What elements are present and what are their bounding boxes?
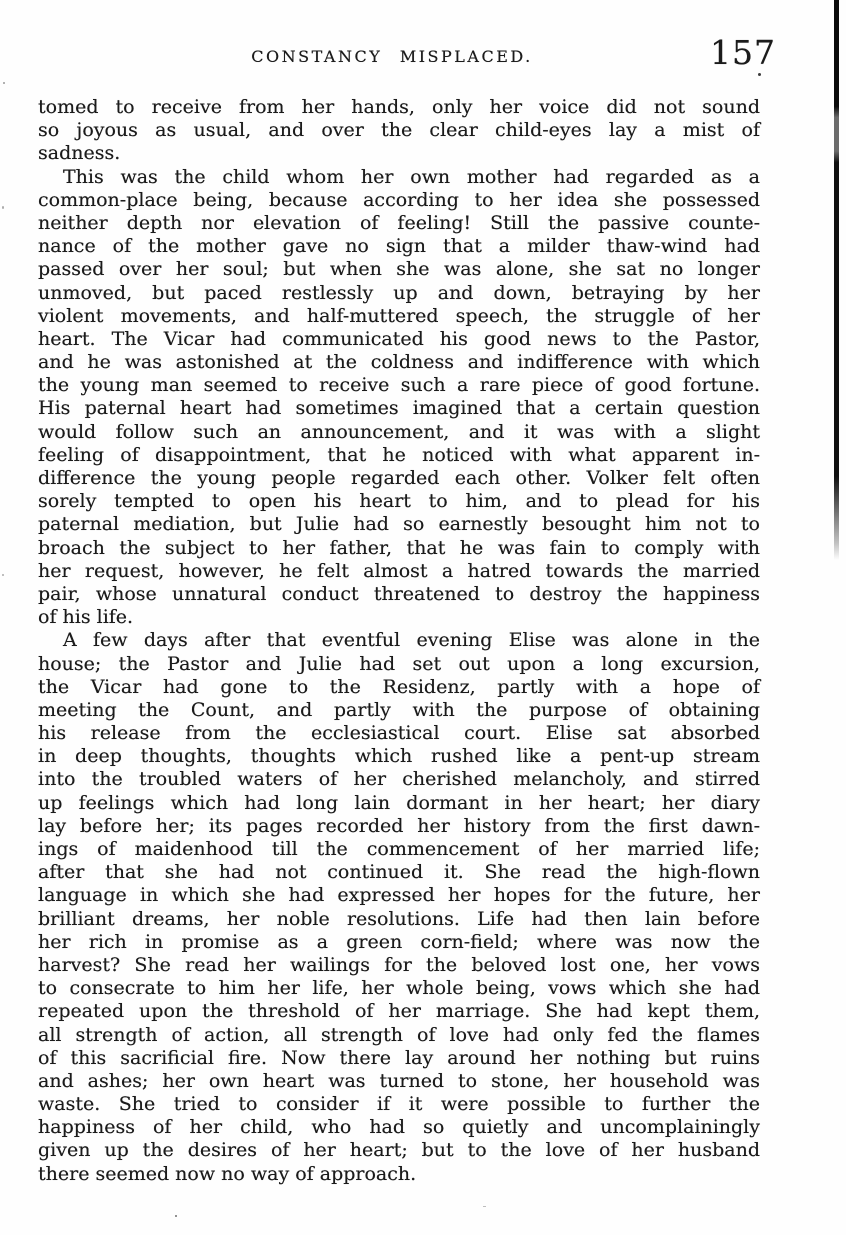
- running-header: CONSTANCY MISPLACED.: [31, 49, 753, 65]
- text-line: feeling of disappointment, that he notic…: [38, 444, 760, 467]
- text-line: her request, however, he felt almost a h…: [38, 560, 760, 583]
- text-line: nance of the mother gave no sign that a …: [38, 235, 760, 258]
- text-line: meeting the Count, and partly with the p…: [38, 699, 760, 722]
- text-line: waste. She tried to consider if it were …: [38, 1093, 760, 1116]
- text-line: language in which she had expressed her …: [38, 884, 760, 907]
- text-line: pair, whose unnatural conduct threatened…: [38, 583, 760, 606]
- text-line: lay before her; its pages recorded her h…: [38, 815, 760, 838]
- text-line: repeated upon the threshold of her marri…: [38, 1000, 760, 1023]
- text-line: sadness.: [38, 142, 760, 165]
- text-line: harvest? She read her wailings for the b…: [38, 954, 760, 977]
- text-line: her rich in promise as a green corn-fiel…: [38, 931, 760, 954]
- text-line: would follow such an announcement, and i…: [38, 421, 760, 444]
- text-line: after that she had not continued it. She…: [38, 861, 760, 884]
- text-line: violent movements, and half-muttered spe…: [38, 305, 760, 328]
- text-line: paternal mediation, but Julie had so ear…: [38, 513, 760, 536]
- text-line: of this sacrificial fire. Now there lay …: [38, 1047, 760, 1070]
- text-line: neither depth nor elevation of feeling! …: [38, 212, 760, 235]
- paragraph: This was the child whom her own mother h…: [38, 166, 760, 630]
- ink-speck: [2, 574, 4, 576]
- text-line: his release from the ecclesiastical cour…: [38, 722, 760, 745]
- text-line: sorely tempted to open his heart to him,…: [38, 490, 760, 513]
- ink-speck: [175, 1215, 177, 1217]
- text-line: up feelings which had long lain dormant …: [38, 792, 760, 815]
- text-line: ings of maidenhood till the commencement…: [38, 838, 760, 861]
- body-text: tomed to receive from her hands, only he…: [38, 96, 760, 1186]
- paragraph: tomed to receive from her hands, only he…: [38, 96, 760, 166]
- scanned-book-page: CONSTANCY MISPLACED. 157 tomed to receiv…: [0, 0, 846, 1235]
- ink-speck: [758, 73, 761, 76]
- text-line: in deep thoughts, thoughts which rushed …: [38, 745, 760, 768]
- text-line: house; the Pastor and Julie had set out …: [38, 653, 760, 676]
- text-line: there seemed now no way of approach.: [38, 1163, 760, 1186]
- text-line: brilliant dreams, her noble resolutions.…: [38, 908, 760, 931]
- paragraph: A few days after that eventful evening E…: [38, 629, 760, 1186]
- text-line: the Vicar had gone to the Residenz, part…: [38, 676, 760, 699]
- scan-edge-bar: [834, 0, 839, 560]
- text-line: heart. The Vicar had communicated his go…: [38, 328, 760, 351]
- ink-speck: [2, 206, 4, 209]
- page-number: 157: [710, 36, 776, 69]
- text-line: all strength of action, all strength of …: [38, 1024, 760, 1047]
- text-line: His paternal heart had sometimes imagine…: [38, 397, 760, 420]
- text-line: into the troubled waters of her cherishe…: [38, 768, 760, 791]
- text-line: happiness of her child, who had so quiet…: [38, 1116, 760, 1139]
- text-line: passed over her soul; but when she was a…: [38, 258, 760, 281]
- ink-speck: [3, 82, 5, 84]
- text-line: of his life.: [38, 606, 760, 629]
- text-line: difference the young people regarded eac…: [38, 467, 760, 490]
- text-line: A few days after that eventful evening E…: [38, 629, 760, 652]
- ink-speck: [483, 1206, 486, 1207]
- text-line: unmoved, but paced restlessly up and dow…: [38, 282, 760, 305]
- text-line: so joyous as usual, and over the clear c…: [38, 119, 760, 142]
- text-line: tomed to receive from her hands, only he…: [38, 96, 760, 119]
- text-line: common-place being, because according to…: [38, 189, 760, 212]
- text-line: This was the child whom her own mother h…: [38, 166, 760, 189]
- text-line: and he was astonished at the coldness an…: [38, 351, 760, 374]
- text-line: broach the subject to her father, that h…: [38, 537, 760, 560]
- text-line: the young man seemed to receive such a r…: [38, 374, 760, 397]
- text-line: and ashes; her own heart was turned to s…: [38, 1070, 760, 1093]
- text-line: to consecrate to him her life, her whole…: [38, 977, 760, 1000]
- text-line: given up the desires of her heart; but t…: [38, 1139, 760, 1162]
